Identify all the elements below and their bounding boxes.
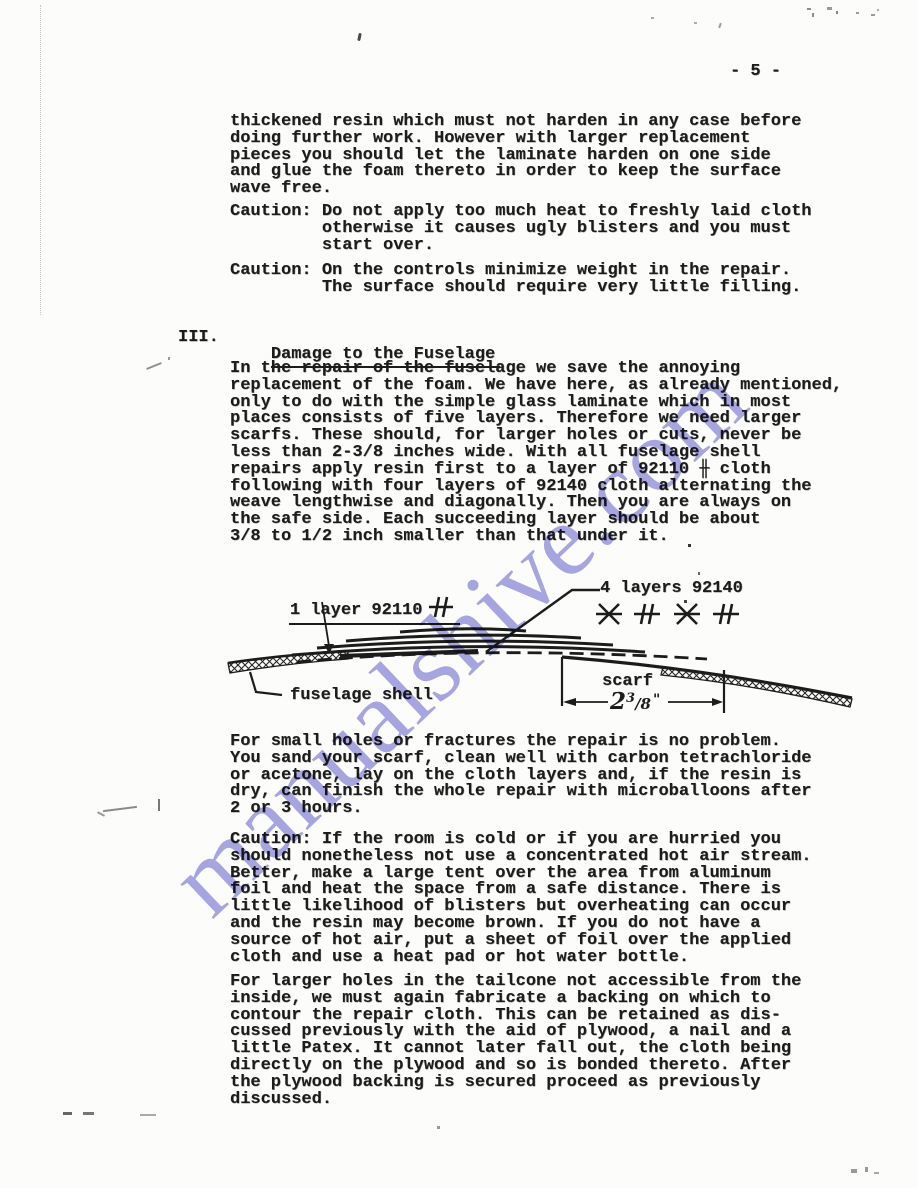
scan-artifact [158,799,160,811]
diagram-label-fuselage-shell: fuselage shell [290,686,433,705]
weave-diagonal-icon [672,601,702,627]
scan-artifact [836,11,838,14]
scan-artifact [871,14,875,16]
scan-artifact [97,811,105,817]
scan-artifact [812,13,814,17]
scan-artifact [437,1126,440,1129]
scan-artifact [103,806,137,812]
dim-arrow-right [712,698,723,706]
scan-artifact [168,357,170,360]
scan-artifact [83,1112,94,1115]
text-line: The surface should require very little f… [230,280,801,297]
paragraph-fuselage-repair: In the repair of the fuselage we save th… [230,361,842,546]
scarf-dimension: 23/8" [610,688,660,715]
text-line: start over. [230,238,812,255]
leader-shell [250,672,282,695]
scan-artifact [865,1167,868,1172]
text-line: discussed. [230,1092,801,1109]
caution-heat: Caution: Do not apply too much heat to f… [230,204,812,254]
paragraph-thickened-resin: thickened resin which must not harden in… [230,114,801,198]
shell-hatch-right [661,667,852,707]
text-line: wave free. [230,181,801,198]
text-line: 2 or 3 hours. [230,801,812,818]
text-line: cloth and use a heat pad or hot water bo… [230,950,812,967]
text-line: 3/8 to 1/2 inch smaller than that under … [230,529,842,546]
caution-cold-room: Caution: If the room is cold or if you a… [230,832,812,966]
scan-artifact [856,12,859,14]
section-numeral: III. [178,330,219,347]
paragraph-small-holes: For small holes or fractures the repair … [230,734,812,818]
weave-straight-icon [711,601,741,627]
label-text: 1 layer 92110 [290,601,423,620]
scan-edge-line [40,5,41,315]
scan-artifact [874,1172,879,1174]
diagram-label-four-layers: 4 layers 92140 [600,579,743,598]
scan-artifact [877,9,879,11]
scan-artifact [807,8,811,10]
dim-arrow-left [563,698,576,706]
paragraph-larger-holes: For larger holes in the tailcone not acc… [230,974,801,1108]
scan-artifact [357,33,362,41]
weave-straight-icon [428,596,454,618]
caution-weight: Caution: On the controls minimize weight… [230,263,801,297]
scan-artifact [146,362,162,370]
scan-artifact [851,1169,857,1173]
scan-artifact [63,1112,72,1115]
scan-artifact [694,22,697,24]
scan-artifact [140,1114,156,1116]
page-number: - 5 - [730,64,781,81]
diagram-label-top-layer: 1 layer 92110 [248,577,460,639]
weave-straight-icon [632,601,662,627]
scanned-manual-page: - 5 - thickened resin which must not har… [0,0,918,1188]
weave-diagonal-icon [594,601,624,627]
scan-artifact [827,7,832,10]
scan-artifact [651,17,654,19]
scan-artifact [718,23,722,28]
